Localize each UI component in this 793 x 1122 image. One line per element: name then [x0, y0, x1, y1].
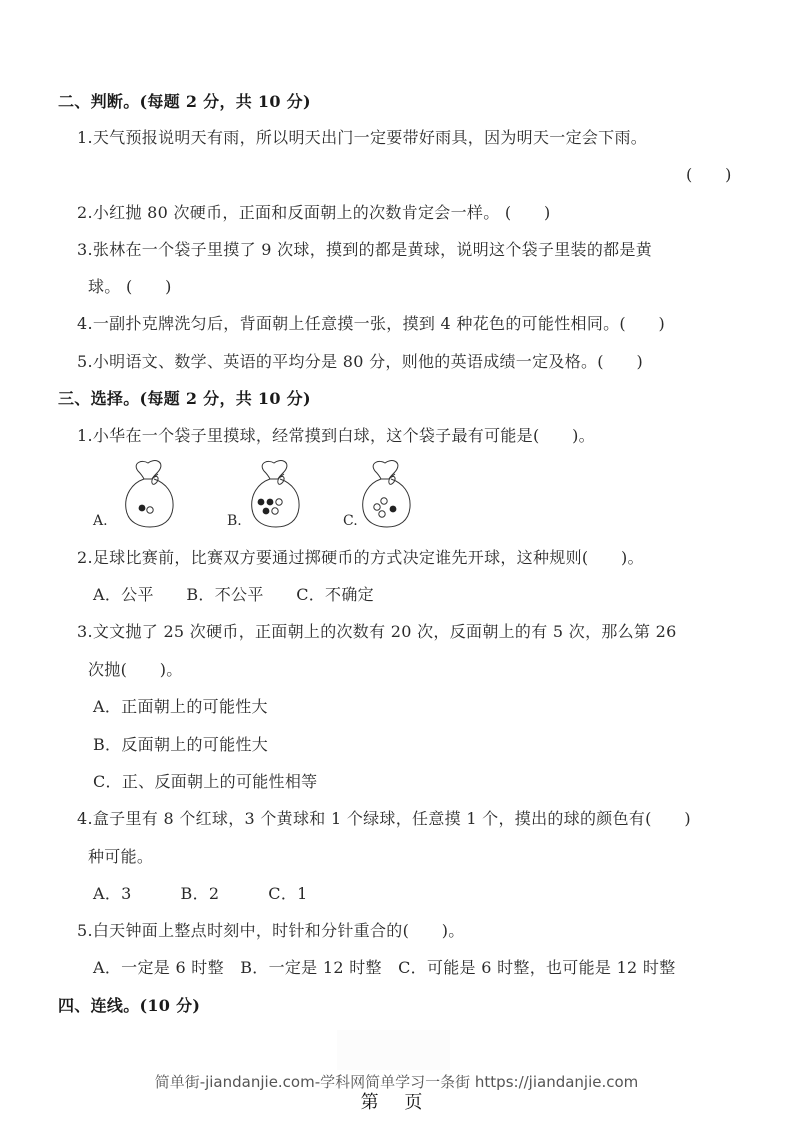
- section3-heading: 三、选择。(每题 2 分，共 10 分): [58, 389, 311, 409]
- option-b-label: B.: [227, 513, 242, 529]
- choice-question-2-options: A．公平 B．不公平 C．不确定: [93, 585, 374, 605]
- choice-question-3-option-b: B．反面朝上的可能性大: [93, 735, 268, 755]
- bag-a-icon: [118, 457, 180, 529]
- judge-question-5: 5.小明语文、数学、英语的平均分是 80 分，则他的英语成绩一定及格。( ): [77, 352, 643, 372]
- choice-question-4-options: A．3 B．2 C．1: [93, 884, 308, 904]
- choice-question-3-option-a: A．正面朝上的可能性大: [93, 697, 268, 717]
- bag-b-icon: [244, 457, 306, 529]
- judge-question-3-cont: 球。 ( ): [88, 277, 172, 297]
- judge-question-1: 1.天气预报说明天有雨，所以明天出门一定要带好雨具，因为明天一定会下雨。: [77, 128, 647, 148]
- choice-question-5-options: A．一定是 6 时整 B．一定是 12 时整 C．可能是 6 时整，也可能是 1…: [93, 958, 676, 978]
- choice-question-3-cont: 次抛( )。: [88, 660, 183, 680]
- choice-question-2: 2.足球比赛前，比赛双方要通过掷硬币的方式决定谁先开球，这种规则( )。: [77, 548, 644, 568]
- choice-question-3: 3.文文抛了 25 次硬币，正面朝上的次数有 20 次，反面朝上的有 5 次，那…: [77, 622, 677, 642]
- judge-question-2: 2.小红抛 80 次硬币，正面和反面朝上的次数肯定会一样。 ( ): [77, 203, 551, 223]
- choice-question-5: 5.白天钟面上整点时刻中，时针和分针重合的( )。: [77, 921, 465, 941]
- judge-question-3: 3.张林在一个袋子里摸了 9 次球，摸到的都是黄球，说明这个袋子里装的都是黄: [77, 240, 652, 260]
- section4-heading: 四、连线。(10 分): [58, 996, 200, 1016]
- choice-question-3-option-c: C．正、反面朝上的可能性相等: [93, 772, 317, 792]
- section2-heading: 二、判断。(每题 2 分，共 10 分): [58, 92, 311, 112]
- judge-question-4: 4.一副扑克牌洗匀后，背面朝上任意摸一张，摸到 4 种花色的可能性相同。( ): [77, 314, 665, 334]
- option-a-label: A.: [93, 513, 108, 529]
- judge-question-1-blank[interactable]: ( ): [686, 165, 732, 185]
- page-number: 第 页: [0, 1088, 793, 1114]
- choice-question-1: 1.小华在一个袋子里摸球，经常摸到白球，这个袋子最有可能是( )。: [77, 426, 595, 446]
- choice-question-4: 4.盒子里有 8 个红球，3 个黄球和 1 个绿球，任意摸 1 个，摸出的球的颜…: [77, 809, 691, 829]
- faint-rectangle: [337, 1030, 450, 1070]
- choice-question-4-cont: 种可能。: [88, 847, 153, 867]
- bag-c-icon: [355, 457, 417, 529]
